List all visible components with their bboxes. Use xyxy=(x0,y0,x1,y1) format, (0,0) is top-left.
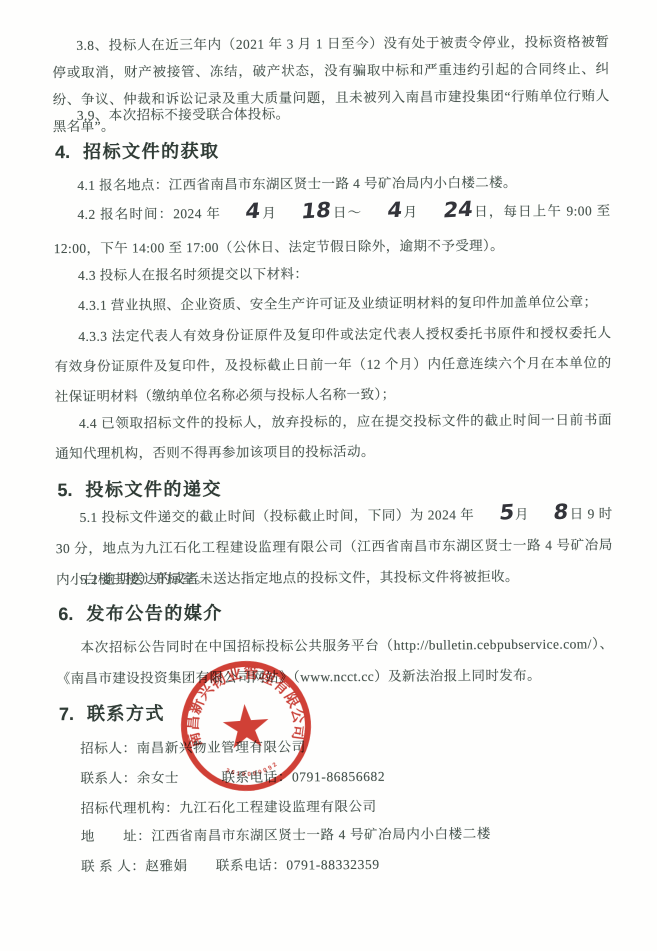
clause-4-3-3: 4.3.3 法定代表人有效身份证原件及复印件或法定代表人授权委托书原件和授权委托… xyxy=(54,318,612,412)
clause-5-1-printed-prefix: 5.1 投标文件递交的截止时间（投标截止时间，下同）为 2024 年 xyxy=(80,507,475,525)
section-7-number: 7. xyxy=(59,704,74,724)
section-5-number: 5. xyxy=(57,480,72,500)
section-7-title: 联系方式 xyxy=(87,703,165,724)
handwritten-month-2: 4 xyxy=(363,210,402,212)
section-6-heading: 6.发布公告的媒介 xyxy=(56,596,615,626)
month-glyph-3: 月 xyxy=(515,507,529,522)
section-4-title: 招标文件的获取 xyxy=(83,141,220,162)
clause-4-2-printed-prefix: 4.2 报名时间：2024 年 xyxy=(77,206,221,222)
clause-3-9: 3.9、本次招标不接受联合体投标。 xyxy=(53,98,610,129)
handwritten-month-1: 4 xyxy=(222,211,261,213)
contact-person-line-1: 联系人：余女士 联系电话：0791-86856682 xyxy=(57,761,637,792)
handwritten-day-2: 24 xyxy=(419,209,473,212)
clause-4-4: 4.4 已领取招标文件的投标人，放弃投标的，应在提交投标文件的截止时间一日前书面… xyxy=(55,405,612,469)
section-4-number: 4. xyxy=(55,142,70,162)
seal-star xyxy=(222,702,271,748)
clause-4-3: 4.3 投标人在报名时须提交以下材料： xyxy=(54,258,611,289)
section-5-heading: 5.投标文件的递交 xyxy=(55,472,614,502)
scanned-tender-notice-page: 3.8、投标人在近三年内（2021 年 3 月 1 日至今）没有处于被责令停业，… xyxy=(0,0,657,951)
month-glyph-2: 月 xyxy=(403,205,418,220)
handwritten-day-3: 8 xyxy=(530,511,569,513)
section-5-title: 投标文件的递交 xyxy=(85,479,222,500)
contact-person-line-2: 联 系 人：赵雅娟 联系电话：0791-88332359 xyxy=(58,849,638,880)
company-seal: 南昌新兴物业管理有限公司 36100000922 xyxy=(171,651,320,800)
section-7-heading: 7.联系方式 xyxy=(57,696,616,726)
document-body: 3.8、投标人在近三年内（2021 年 3 月 1 日至今）没有处于被责令停业，… xyxy=(52,0,616,951)
clause-4-2: 4.2 报名时间：2024 年4月18日～4月24日，每日上午 9:00 至 1… xyxy=(53,194,610,266)
month-glyph-1: 月 xyxy=(262,206,277,221)
tenderer-line: 招标人：南昌新兴物业管理有限公司 xyxy=(57,731,637,762)
publication-media-paragraph: 本次招标公告同时在中国招标投标公共服务平台（http://bulletin.ce… xyxy=(56,628,613,694)
clause-4-3-1: 4.3.1 营业执照、企业资质、安全生产许可证及业绩证明材料的复印件加盖单位公章… xyxy=(54,288,611,319)
day-tilde-glyph: 日～ xyxy=(332,205,362,220)
section-6-number: 6. xyxy=(58,604,73,624)
section-4-heading: 4.招标文件的获取 xyxy=(53,134,612,164)
section-6-title: 发布公告的媒介 xyxy=(86,603,223,624)
handwritten-month-3: 5 xyxy=(475,512,514,514)
clause-5-2: 5.2 逾期送达的或者未送达指定地点的投标文件，其投标文件将被拒收。 xyxy=(56,562,613,593)
address-line: 地 址：江西省南昌市东湖区贤士一路 4 号矿冶局内小白楼二楼 xyxy=(58,819,638,850)
handwritten-day-1: 18 xyxy=(278,210,332,213)
agency-line: 招标代理机构：九江石化工程建设监理有限公司 xyxy=(58,791,638,822)
